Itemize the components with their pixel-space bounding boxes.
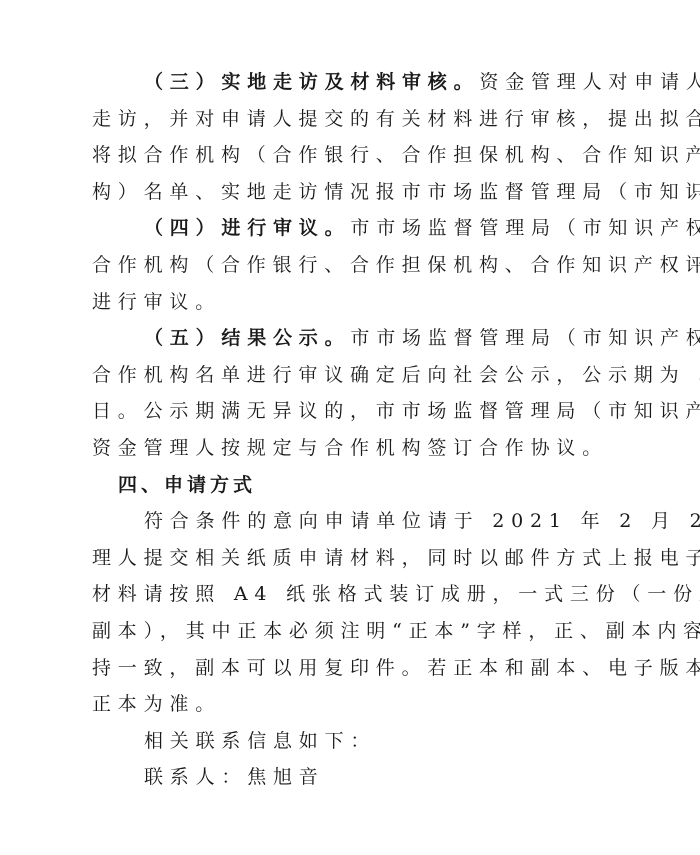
document-body: （三）实地走访及材料审核。资金管理人对申请人进行实地 走访，并对申请人提交的有关… — [92, 64, 622, 796]
application-text: 材料请按照 A4 纸张格式装订成册，一式三份（一份正本，两份 — [92, 576, 622, 613]
section-text: 合作机构（合作银行、合作担保机构、合作知识产权评估机构） — [92, 247, 622, 284]
contact-intro: 相关联系信息如下： — [92, 723, 622, 760]
application-text: 正本为准。 — [92, 686, 622, 723]
contact-person: 联系人：焦旭音 — [92, 759, 622, 796]
application-text: 符合条件的意向申请单位请于 2021 年 2 月 27 日前向资金管 — [92, 503, 622, 540]
section-text: 合作机构名单进行审议确定后向社会公示，公示期为 5 个工作 — [92, 357, 622, 394]
section-text: 资金管理人对申请人进行实地 — [479, 71, 700, 93]
application-text: 持一致，副本可以用复印件。若正本和副本、电子版本不符，以 — [92, 650, 622, 687]
section-lead: （三）实地走访及材料审核。 — [144, 71, 479, 93]
section-text: 走访，并对申请人提交的有关材料进行审核，提出拟合作意见， — [92, 101, 622, 138]
section-review: （四）进行审议。市市场监督管理局（市知识产权局）对拟 合作机构（合作银行、合作担… — [92, 210, 622, 320]
section-site-visit: （三）实地走访及材料审核。资金管理人对申请人进行实地 走访，并对申请人提交的有关… — [92, 64, 622, 210]
section-text: 进行审议。 — [92, 284, 622, 321]
section-lead: （四）进行审议。 — [144, 217, 350, 239]
application-method: 符合条件的意向申请单位请于 2021 年 2 月 27 日前向资金管 理人提交相… — [92, 503, 622, 723]
section-publicity: （五）结果公示。市市场监督管理局（市知识产权局）对拟 合作机构名单进行审议确定后… — [92, 320, 622, 466]
section-text: 资金管理人按规定与合作机构签订合作协议。 — [92, 430, 622, 467]
section-lead: （五）结果公示。 — [144, 327, 350, 349]
section-text: 市市场监督管理局（市知识产权局）对拟 — [350, 217, 700, 239]
section-heading: 四、申请方式 — [92, 467, 622, 504]
application-text: 副本），其中正本必须注明“正本”字样，正、副本内容必须保 — [92, 613, 622, 650]
section-text: 市市场监督管理局（市知识产权局）对拟 — [350, 327, 700, 349]
section-text: 日。公示期满无异议的，市市场监督管理局（市知识产权局）和 — [92, 393, 622, 430]
section-text: 构）名单、实地走访情况报市市场监督管理局（市知识产权局）。 — [92, 174, 622, 211]
application-text: 理人提交相关纸质申请材料，同时以邮件方式上报电子版。申请 — [92, 540, 622, 577]
document-page: （三）实地走访及材料审核。资金管理人对申请人进行实地 走访，并对申请人提交的有关… — [0, 0, 700, 855]
section-text: 将拟合作机构（合作银行、合作担保机构、合作知识产权评估机 — [92, 137, 622, 174]
